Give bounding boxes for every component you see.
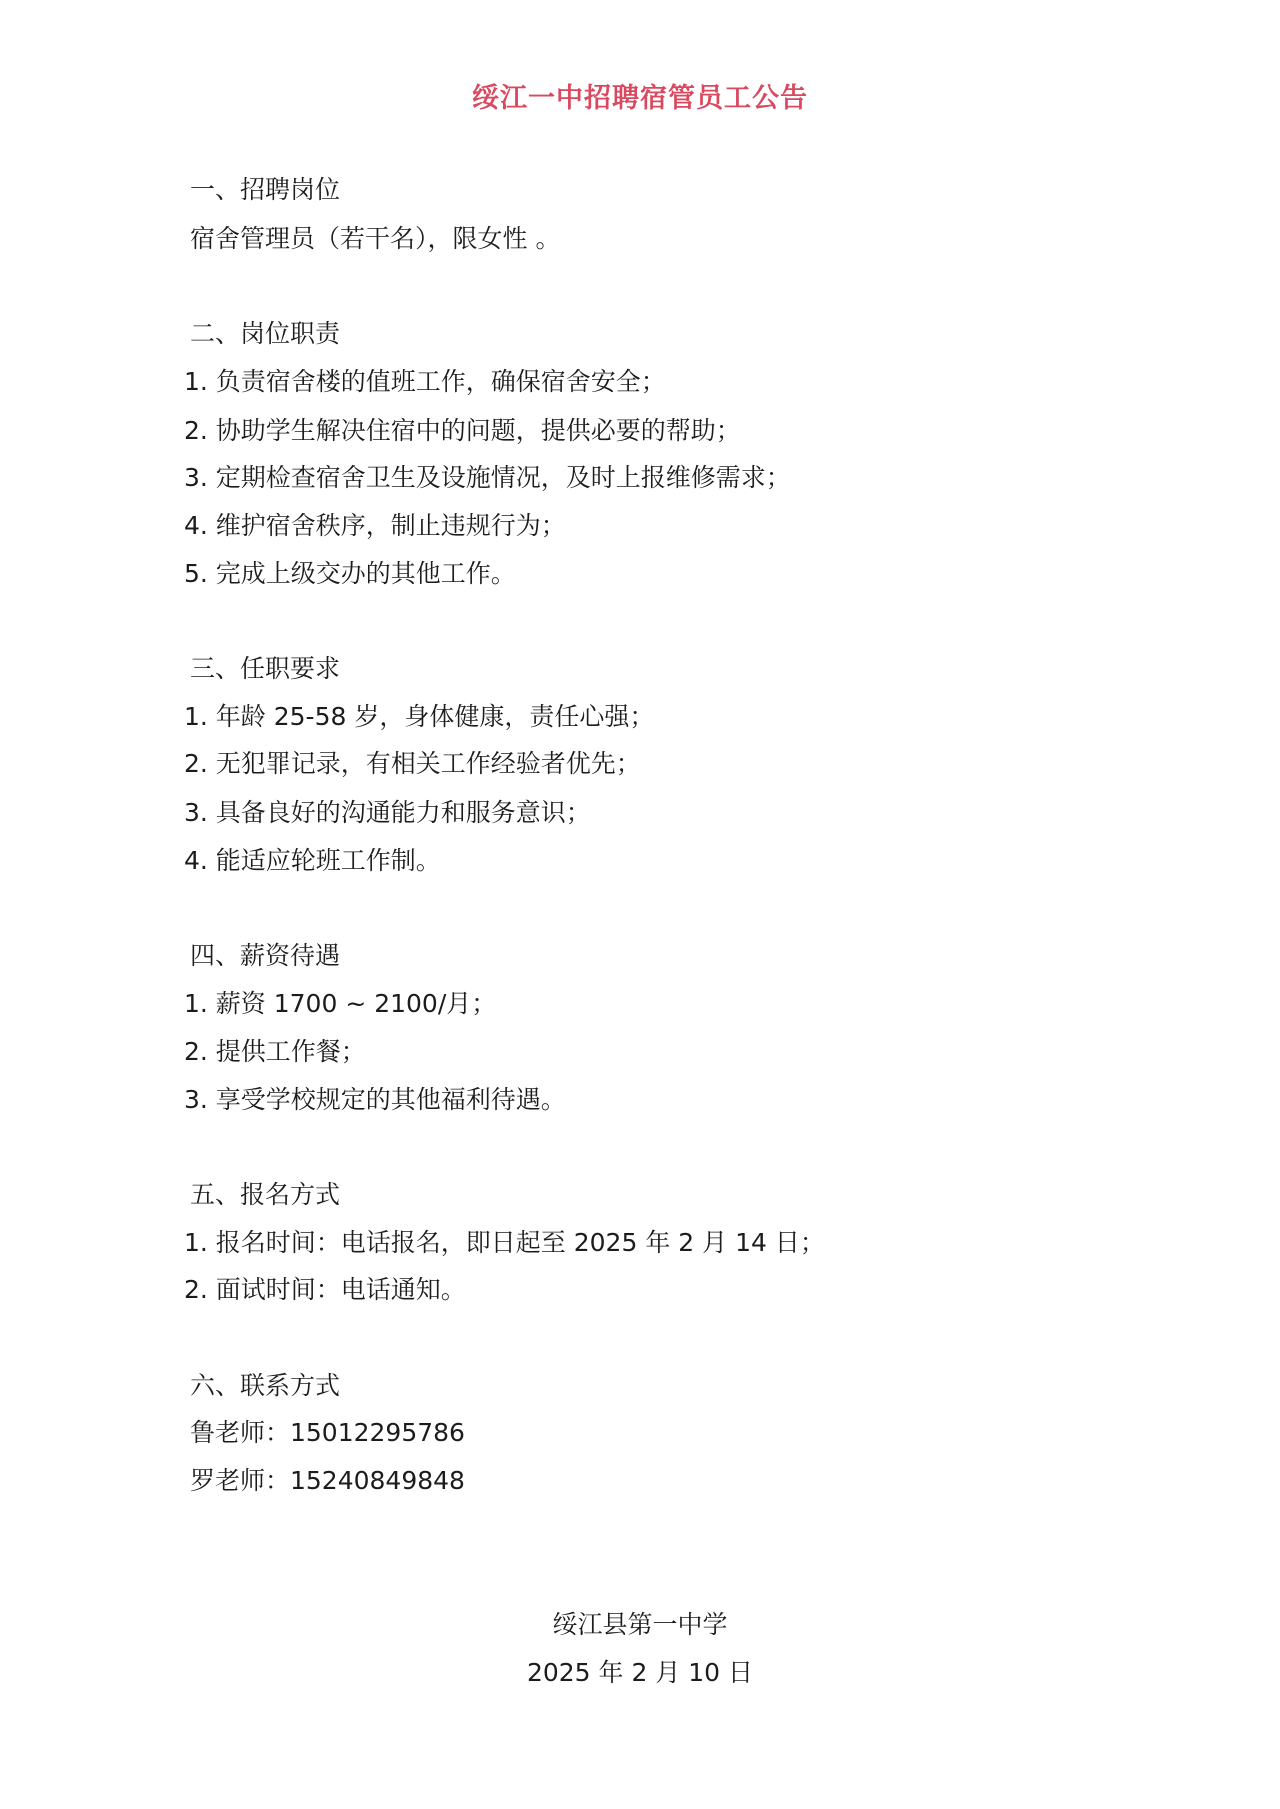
- footer-school: 绥江县第一中学: [0, 1608, 1280, 1642]
- section-heading-duties: 二、岗位职责: [190, 317, 340, 351]
- contact-item: 罗老师：15240849848: [190, 1464, 465, 1498]
- requirement-item: 3. 具备良好的沟通能力和服务意识；: [184, 796, 591, 830]
- section-heading-requirements: 三、任职要求: [190, 652, 340, 686]
- requirement-item: 2. 无犯罪记录，有相关工作经验者优先；: [184, 747, 641, 781]
- salary-item: 2. 提供工作餐；: [184, 1035, 366, 1069]
- duty-item: 2. 协助学生解决住宿中的问题，提供必要的帮助；: [184, 414, 741, 448]
- section-heading-position: 一、招聘岗位: [190, 173, 340, 207]
- section-heading-application: 五、报名方式: [190, 1178, 340, 1212]
- position-description: 宿舍管理员（若干名），限女性 。: [190, 222, 560, 256]
- duty-item: 1. 负责宿舍楼的值班工作，确保宿舍安全；: [184, 365, 666, 399]
- duty-item: 5. 完成上级交办的其他工作。: [184, 557, 516, 591]
- notice-title: 绥江一中招聘宿管员工公告: [0, 76, 1280, 115]
- contact-item: 鲁老师：15012295786: [190, 1416, 465, 1450]
- requirement-item: 4. 能适应轮班工作制。: [184, 844, 441, 878]
- section-heading-salary: 四、薪资待遇: [190, 939, 340, 973]
- salary-item: 3. 享受学校规定的其他福利待遇。: [184, 1083, 566, 1117]
- application-item: 1. 报名时间：电话报名，即日起至 2025 年 2 月 14 日；: [184, 1226, 825, 1260]
- application-item: 2. 面试时间：电话通知。: [184, 1273, 466, 1307]
- salary-item: 1. 薪资 1700 ~ 2100/月；: [184, 987, 496, 1021]
- section-heading-contact: 六、联系方式: [190, 1369, 340, 1403]
- duty-item: 4. 维护宿舍秩序，制止违规行为；: [184, 509, 566, 543]
- requirement-item: 1. 年龄 25-58 岁，身体健康，责任心强；: [184, 700, 654, 734]
- footer-date: 2025 年 2 月 10 日: [0, 1656, 1280, 1690]
- duty-item: 3. 定期检查宿舍卫生及设施情况，及时上报维修需求；: [184, 461, 791, 495]
